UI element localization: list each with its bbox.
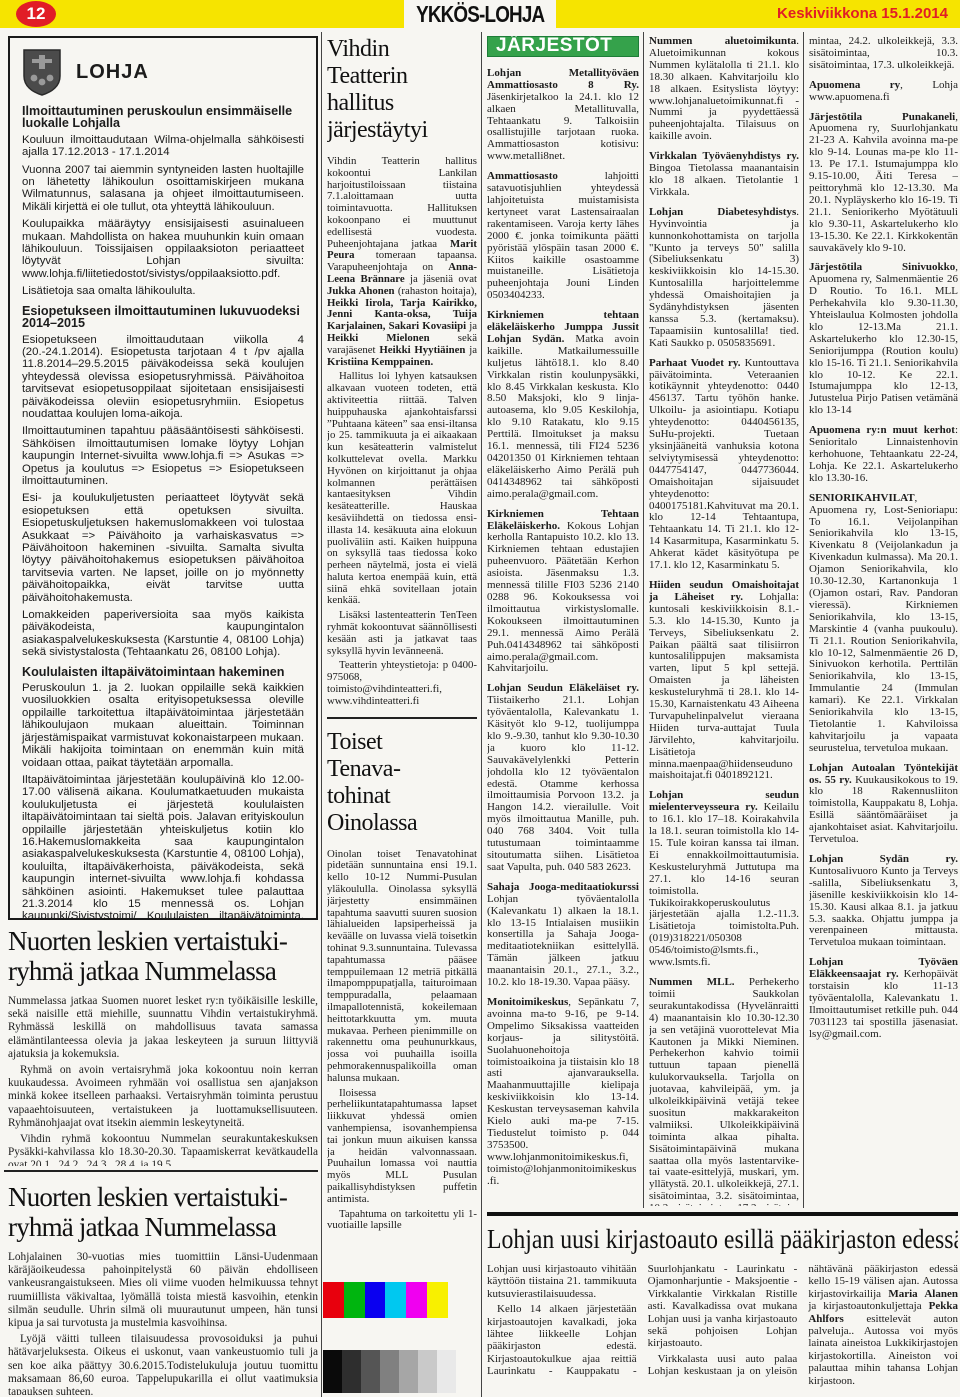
listing-entry: Kirkniemen Tehtaan Eläkeläiskerho. Kokou… — [487, 509, 639, 676]
notice-city-name: LOHJA — [76, 66, 149, 78]
listing-entry: Sahaja Jooga-meditaatiokurssi Lohjan työ… — [487, 882, 639, 989]
calibration-swatch — [365, 1282, 386, 1318]
page-number: 12 — [27, 4, 46, 24]
calibration-swatch — [361, 1350, 380, 1393]
listing-entry: Hiiden seudun Omaishoitajat ja Läheiset … — [649, 580, 799, 782]
jarjestot-entries: Apuomena ry, Lohja www.apuomena.fiJärjes… — [809, 80, 958, 1041]
column-separator — [321, 32, 322, 1397]
listing-entry: Lohjan seudun mielenterveysseura ry. Kei… — [649, 790, 799, 969]
listing-entry: Apuomena ry:n muut kerhot: Senioritalo L… — [809, 425, 958, 485]
article-paragraph: Hallitus loi lyhyen katsauksen alkavaan … — [327, 371, 477, 607]
article-paragraph: Nummelassa jatkaa Suomen nuoret lesket r… — [8, 995, 318, 1061]
listing-entry: Järjestötila Punakaneli, Apuomena ry, Su… — [809, 112, 958, 255]
theatre-article-body: Vihdin Teatterin hallitus kokoontui Lank… — [327, 156, 477, 708]
article-paragraph: Teatterin yhteystietoja: p 0400-975068, … — [327, 660, 477, 707]
notice-body: Ilmoittautuminen peruskoulun ensimmäisel… — [22, 105, 304, 920]
headline-line: Nuorten leskien vertaistuki- — [8, 1182, 318, 1212]
notice-paragraph: Lisätietoja saa omalta lähikoululta. — [22, 285, 304, 297]
article-paragraph: Lohjalainen 30-vuotias mies tuomittiin L… — [8, 1251, 318, 1330]
library-article: Lohjan uusi kirjastoauto esillä pääkirja… — [487, 1212, 958, 1397]
calibration-swatch — [342, 1350, 361, 1393]
lohja-coat-of-arms-icon — [22, 48, 62, 96]
listing-entry: Ammattiosasto lahjoitti satavuotisjuhlie… — [487, 171, 639, 302]
jarjestot-column-1: JÄRJESTÖT Lohjan Metallityöväen Ammattio… — [487, 36, 639, 1206]
notice-paragraph: Koulupaikka määräytyy ensisijaisesti asu… — [22, 218, 304, 280]
listing-entry: Monitoimikeskus, Sepänkatu 7, avoinna ma… — [487, 997, 639, 1188]
court-article: Nuorten leskien vertaistuki-ryhmä jatkaa… — [8, 1182, 318, 1395]
listing-entry: Nummen MLL. Perhekerho toimii Saukkolan … — [649, 977, 799, 1206]
listing-entry: Järjestötila Sinivuokko, Apuomena ry, Sa… — [809, 262, 958, 417]
horizontal-rule — [327, 717, 477, 719]
notice-subheading: Koululaisten iltapäivätoimintaan hakemin… — [22, 666, 304, 678]
headline-line: Oinolassa — [327, 810, 477, 837]
widows-article-headline: Nuorten leskien vertaistuki-ryhmä jatkaa… — [8, 926, 318, 986]
listing-entry: Lohjan Autoalan Työntekijät os. 55 ry. K… — [809, 763, 958, 846]
calibration-swatch — [323, 1282, 344, 1318]
calibration-swatch — [344, 1282, 365, 1318]
listing-continuation: mintaa, 24.2. ulkoleikkejä, 3.3. sisätoi… — [809, 36, 958, 72]
notice-subheading: Ilmoittautuminen peruskoulun ensimmäisel… — [22, 105, 304, 130]
notice-paragraph: Esiopetukseen ilmoittaudutaan viikolla 4… — [22, 334, 304, 421]
library-article-body: Lohjan uusi kirjastoauto vihitään käyttö… — [487, 1263, 958, 1397]
calibration-swatch — [406, 1282, 427, 1318]
column-separator — [643, 32, 644, 1208]
calibration-swatch — [385, 1282, 406, 1318]
notice-paragraph: Lomakkeiden paperiversioita saa myös kai… — [22, 609, 304, 659]
article-paragraph: Vihdin ryhmä kokoontuu Nummelan seurakun… — [8, 1133, 318, 1166]
calibration-swatch — [437, 1350, 456, 1393]
listing-entry: Lohjan Seudun Eläkeläiset ry. Tiistaiker… — [487, 683, 639, 874]
calibration-swatch — [323, 1350, 342, 1393]
calibration-swatch — [418, 1350, 437, 1393]
horizontal-rule — [4, 1170, 318, 1172]
masthead: YKKÖS-LOHJA — [416, 1, 544, 28]
listing-entry: Lohjan Metallityöväen Ammattiosasto 8 Ry… — [487, 68, 639, 163]
article-paragraph: Tapahtuma on tarkoitettu yli 1-vuotiaill… — [327, 1209, 477, 1233]
article-paragraph: Lisäksi lastenteatterin TenTeen ryhmät k… — [327, 610, 477, 657]
jarjestot-header: JÄRJESTÖT — [487, 36, 639, 57]
listing-entry: Apuomena ry, Lohja www.apuomena.fi — [809, 80, 958, 104]
article-paragraph: Lyöjä väitti tulleen tilaisuudessa provo… — [8, 1333, 318, 1395]
headline-line: tohinat — [327, 783, 477, 810]
jarjestot-entries: Nummen aluetoimikunta. Aluetoimikunnan k… — [649, 36, 799, 1206]
tenava-article: ToisetTenava-tohinatOinolassa Oinolan to… — [327, 729, 477, 1233]
listing-entry: SENIORIKAHVILAT, Apuomena ry, Lost-Senio… — [809, 493, 958, 755]
headline-line: Toiset — [327, 729, 477, 756]
listing-entry: Lohjan Diabetesyhdistys. Hyvinvointia ja… — [649, 207, 799, 350]
court-article-body: Lohjalainen 30-vuotias mies tuomittiin L… — [8, 1251, 318, 1395]
headline-line: Tenava- — [327, 756, 477, 783]
listing-entry: Nummen aluetoimikunta. Aluetoimikunnan k… — [649, 36, 799, 143]
municipal-notice: LOHJA Ilmoittautuminen peruskoulun ensim… — [8, 36, 318, 920]
notice-paragraph: Iltapäivätoimintaa järjestetään koulupäi… — [22, 774, 304, 920]
notice-paragraph: Vuonna 2007 tai aiemmin syntyneiden last… — [22, 164, 304, 214]
notice-logo-row: LOHJA — [22, 48, 304, 96]
calibration-swatch — [380, 1350, 399, 1393]
notice-paragraph: Kouluun ilmoittaudutaan Wilma-ohjelmalla… — [22, 134, 304, 159]
tenava-article-body: Oinolan toiset Tenavatohinat pidetään su… — [327, 849, 477, 1233]
page-number-badge: 12 — [16, 1, 56, 27]
tenava-article-headline: ToisetTenava-tohinatOinolassa — [327, 729, 477, 837]
notice-subheading: Esiopetukseen ilmoittautuminen lukuvuode… — [22, 305, 304, 330]
listing-entry: Kirkniemen tehtaan eläkeläiskerho Jumppa… — [487, 310, 639, 501]
listing-entry: Lohjan Sydän ry. Kuntosalivuoro Kunto ja… — [809, 854, 958, 949]
jarjestot-entries: Lohjan Metallityöväen Ammattiosasto 8 Ry… — [487, 68, 639, 1188]
column-separator — [803, 32, 804, 1208]
color-calibration-bar — [323, 1282, 448, 1318]
listing-entry: Virkkalan Työväenyhdistys ry. Bingoa Tie… — [649, 151, 799, 199]
article-paragraph: Oinolan toiset Tenavatohinat pidetään su… — [327, 849, 477, 1085]
listing-entry: Parhaat Vuodet ry. Kuntouttava päivätoim… — [649, 358, 799, 572]
notice-paragraph: Peruskoulun 1. ja 2. luokan oppilaille s… — [22, 682, 304, 769]
calibration-swatch — [399, 1350, 418, 1393]
widows-article-body: Nummelassa jatkaa Suomen nuoret lesket r… — [8, 995, 318, 1166]
masthead-area: YKKÖS-LOHJA — [404, 0, 556, 28]
column-2: VihdinTeatterinhallitusjärjestäytyi Vihd… — [327, 36, 477, 1240]
headline-line: Teatterin — [327, 63, 477, 90]
article-paragraph: Ryhmä on avoin vertaisryhmä joka kokoont… — [8, 1064, 318, 1130]
headline-line: ryhmä jatkaa Nummelassa — [8, 956, 318, 986]
library-article-headline: Lohjan uusi kirjastoauto esillä pääkirja… — [487, 1223, 901, 1255]
horizontal-rule-thick — [487, 1212, 958, 1216]
widows-article: Nuorten leskien vertaistuki-ryhmä jatkaa… — [8, 926, 318, 1166]
headline-line: järjestäytyi — [327, 117, 477, 144]
headline-line: ryhmä jatkaa Nummelassa — [8, 1212, 318, 1242]
article-paragraph: Lohjan uusi kirjastoauto vihitään käyttö… — [487, 1263, 637, 1300]
article-paragraph: Iloisessa perheliikuntatapahtumassa laps… — [327, 1088, 477, 1206]
issue-date: Keskiviikkona 15.1.2014 — [777, 5, 948, 22]
headline-line: hallitus — [327, 90, 477, 117]
theatre-article: VihdinTeatterinhallitusjärjestäytyi Vihd… — [327, 36, 477, 708]
theatre-article-headline: VihdinTeatterinhallitusjärjestäytyi — [327, 36, 477, 144]
calibration-swatch — [427, 1282, 448, 1318]
court-article-headline: Nuorten leskien vertaistuki-ryhmä jatkaa… — [8, 1182, 318, 1242]
jarjestot-column-2: Nummen aluetoimikunta. Aluetoimikunnan k… — [649, 36, 799, 1206]
listing-entry: Lohjan Työväen Eläkkeensaajat ry. Kerhop… — [809, 957, 958, 1040]
article-paragraph: Vihdin Teatterin hallitus kokoontui Lank… — [327, 156, 477, 368]
notice-paragraph: Ilmoittautuminen tapahtuu pääsääntöisest… — [22, 425, 304, 487]
jarjestot-column-3: mintaa, 24.2. ulkoleikkejä, 3.3. sisätoi… — [809, 36, 958, 1206]
column-separator — [481, 32, 482, 1397]
notice-paragraph: Esi- ja koulukuljetusten periaatteet löy… — [22, 492, 304, 604]
headline-line: Nuorten leskien vertaistuki- — [8, 926, 318, 956]
headline-line: Vihdin — [327, 36, 477, 63]
grayscale-calibration-bar — [323, 1350, 456, 1393]
